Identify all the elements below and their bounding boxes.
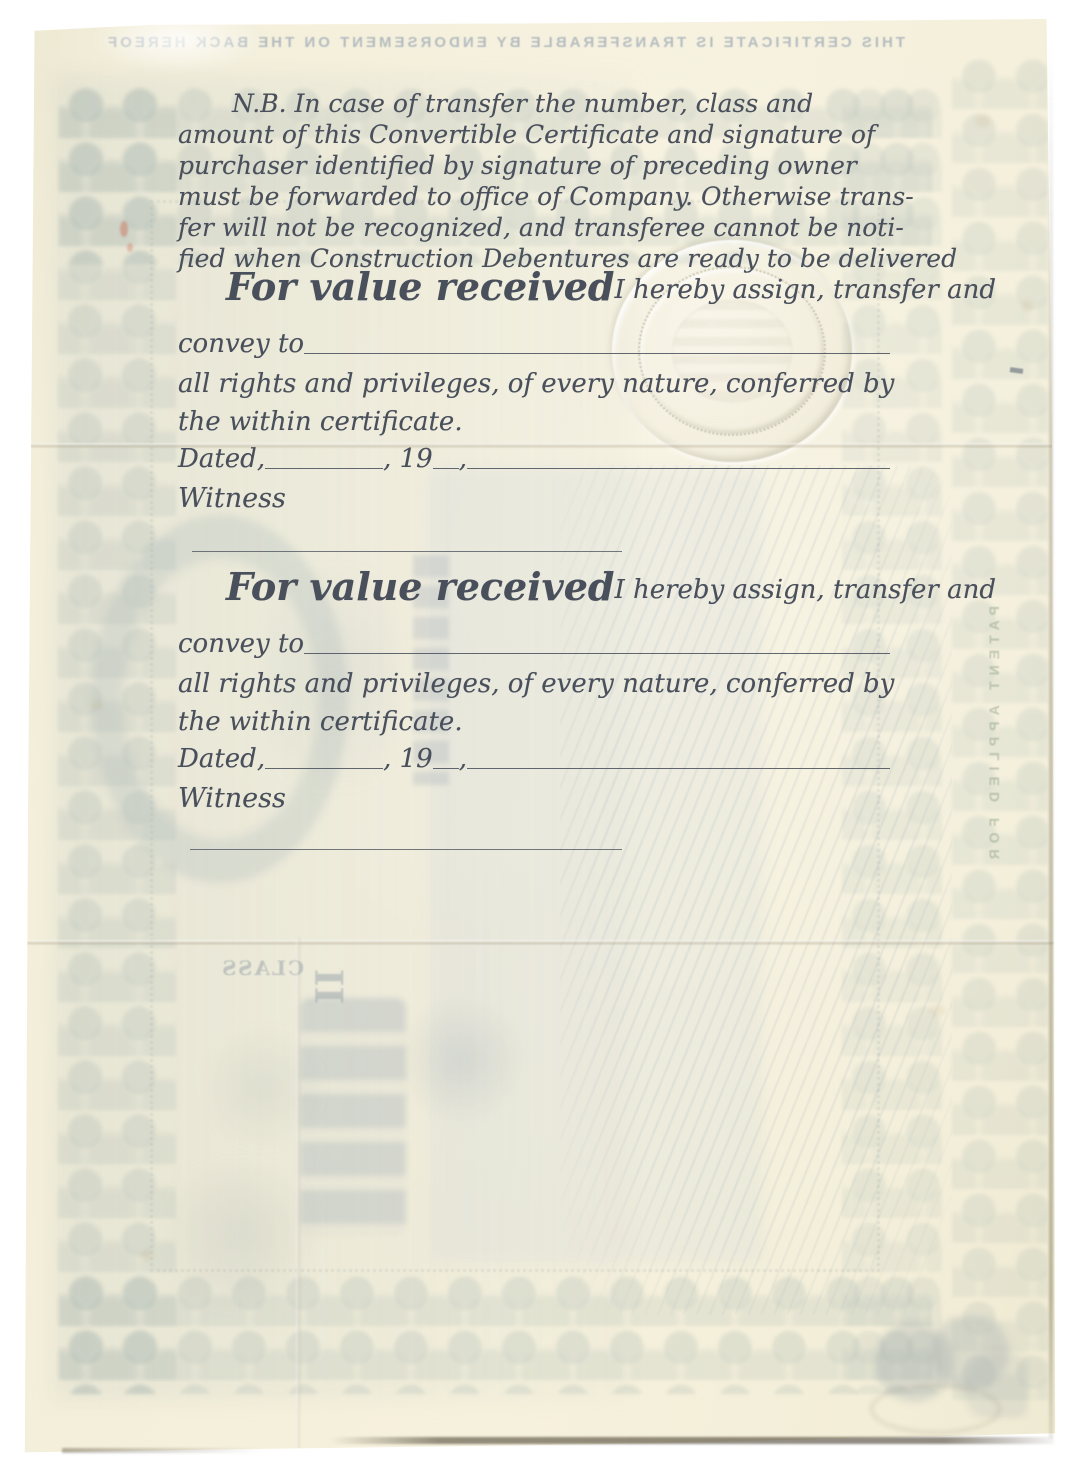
date-blank-line	[265, 464, 383, 469]
aged-spot	[1022, 300, 1034, 312]
paper-sheet: THIS CERTIFICATE IS TRANSFERABLE BY ENDO…	[0, 0, 1080, 1464]
paper-wrinkle	[80, 0, 275, 78]
nb-transfer-paragraph: N.B. In case of transfer the number, cla…	[178, 88, 902, 274]
signature-blank-line	[467, 764, 890, 769]
fold-crease-lower	[26, 940, 1054, 945]
embossed-corner-scroll	[870, 1384, 1001, 1434]
for-value-received: For value received	[226, 268, 614, 306]
year-blank-line	[433, 464, 459, 469]
patent-applied-showthrough: PATENT APPLIED FOR	[986, 606, 1008, 866]
rights-line: all rights and privileges, of every natu…	[178, 670, 890, 700]
aged-spot	[90, 700, 104, 710]
assignment-block-1: For value received I hereby assign, tran…	[178, 274, 890, 524]
transfer-notice-showthrough: THIS CERTIFICATE IS TRANSFERABLE BY ENDO…	[105, 34, 905, 51]
ghost-title-letters	[300, 998, 406, 1236]
year-prefix: , 19	[383, 445, 433, 475]
dated-label: Dated,	[178, 445, 265, 475]
ghost-border-bottom	[60, 1272, 932, 1394]
nb-line: purchaser identified by signature of pre…	[178, 150, 902, 181]
aged-spot	[975, 115, 991, 127]
convey-row: convey to	[178, 330, 890, 360]
scanned-certificate-back: THIS CERTIFICATE IS TRANSFERABLE BY ENDO…	[0, 0, 1080, 1464]
aged-spot	[140, 1250, 153, 1260]
date-comma: ,	[459, 445, 467, 475]
signature-blank-line	[467, 464, 890, 469]
ink-speck	[120, 221, 128, 237]
lead-line: For value received I hereby assign, tran…	[178, 268, 890, 306]
year-blank-line	[433, 764, 459, 769]
date-comma: ,	[459, 745, 467, 775]
dated-row: Dated, , 19 ,	[178, 445, 890, 475]
assignee-blank-line	[304, 649, 890, 654]
within-certificate-line: the within certificate.	[178, 708, 890, 738]
witness-signature-line	[190, 849, 622, 850]
year-prefix: , 19	[383, 745, 433, 775]
aged-spot	[930, 1005, 945, 1016]
within-certificate-line: the within certificate.	[178, 408, 890, 438]
class-word: CLASS	[220, 956, 304, 980]
nb-line: fer will not be recognized, and transfer…	[178, 212, 902, 243]
ghost-corner-ornament	[200, 1025, 325, 1150]
nb-line: N.B. In case of transfer the number, cla…	[178, 88, 902, 119]
embossed-corner-rosette	[876, 1316, 1028, 1418]
convey-row: convey to	[178, 630, 890, 660]
edge-mark	[1010, 367, 1024, 374]
ghost-ornate-initial	[398, 992, 523, 1127]
lead-rest: I hereby assign, transfer and	[614, 276, 996, 306]
convey-label: convey to	[178, 630, 304, 660]
ghost-border-right	[952, 55, 1048, 1400]
for-value-received: For value received	[226, 568, 614, 606]
ink-speck	[127, 243, 133, 252]
fold-crease-vertical	[296, 938, 300, 1450]
lead-line: For value received I hereby assign, tran…	[178, 568, 890, 606]
assignee-blank-line	[304, 349, 890, 354]
ghost-denomination-numeral	[148, 1165, 333, 1305]
dated-row: Dated, , 19 ,	[178, 745, 890, 775]
class-numeral: II	[307, 969, 352, 1005]
witness-signature-line	[192, 551, 622, 552]
lead-rest: I hereby assign, transfer and	[614, 576, 996, 606]
witness-label: Witness	[178, 783, 890, 814]
ghost-border-top	[60, 84, 932, 264]
class-label-showthrough: CLASS II	[220, 946, 390, 1036]
witness-label: Witness	[178, 483, 890, 514]
date-blank-line	[265, 764, 383, 769]
assignment-block-2: For value received I hereby assign, tran…	[178, 574, 890, 824]
ghost-border-left	[58, 84, 176, 1394]
rights-line: all rights and privileges, of every natu…	[178, 370, 890, 400]
nb-line: amount of this Convertible Certificate a…	[178, 119, 902, 150]
nb-line: must be forwarded to office of Company. …	[178, 181, 902, 212]
dated-label: Dated,	[178, 745, 265, 775]
convey-label: convey to	[178, 330, 304, 360]
